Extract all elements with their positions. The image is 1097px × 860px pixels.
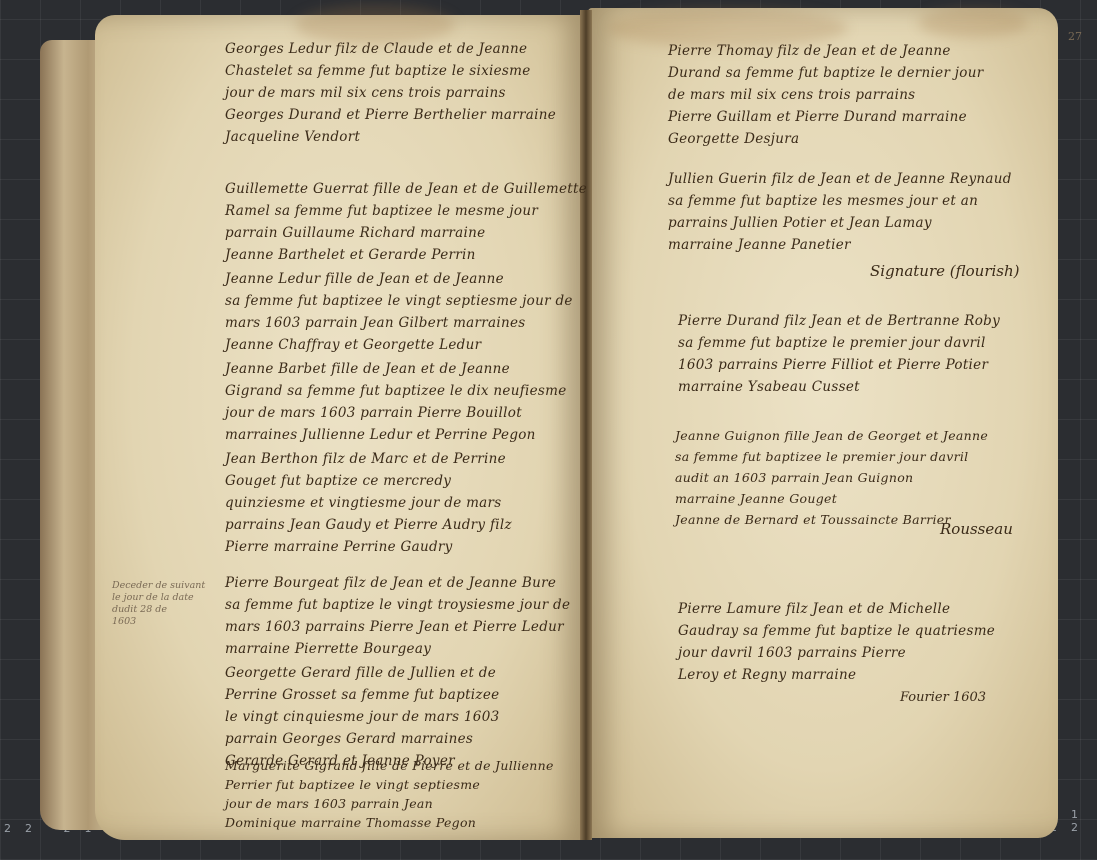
signature-rousseau: Rousseau (940, 520, 1013, 538)
left-entry-6: Pierre Bourgeat filz de Jean et de Jeann… (225, 572, 570, 660)
left-entry-5: Jean Berthon filz de Marc et de Perrine … (225, 448, 512, 558)
signature-flourish: Signature (flourish) (870, 262, 1020, 280)
left-entry-2: Guillemette Guerrat fille de Jean et de … (225, 178, 587, 266)
right-entry-3: Pierre Durand filz Jean et de Bertranne … (678, 310, 1000, 398)
right-entry-5: Pierre Lamure filz Jean et de Michelle G… (678, 598, 995, 686)
left-entry-4: Jeanne Barbet fille de Jean et de Jeanne… (225, 358, 567, 446)
book-spine (580, 10, 592, 840)
right-entry-2: Jullien Guerin filz de Jean et de Jeanne… (668, 168, 1012, 256)
left-entry-8: Marguerite Gigrand fille de Pierre et de… (225, 756, 554, 832)
left-entry-3: Jeanne Ledur fille de Jean et de Jeanne … (225, 268, 573, 356)
signature-fourier: Fourier 1603 (900, 690, 986, 705)
page-number: 27 (1068, 30, 1082, 43)
margin-note: Deceder de suivant le jour de la date du… (112, 580, 205, 628)
right-entry-1: Pierre Thomay filz de Jean et de Jeanne … (668, 40, 983, 150)
right-entry-4: Jeanne Guignon fille Jean de Georget et … (675, 425, 988, 530)
left-entry-1: Georges Ledur filz de Claude et de Jeann… (225, 38, 556, 148)
